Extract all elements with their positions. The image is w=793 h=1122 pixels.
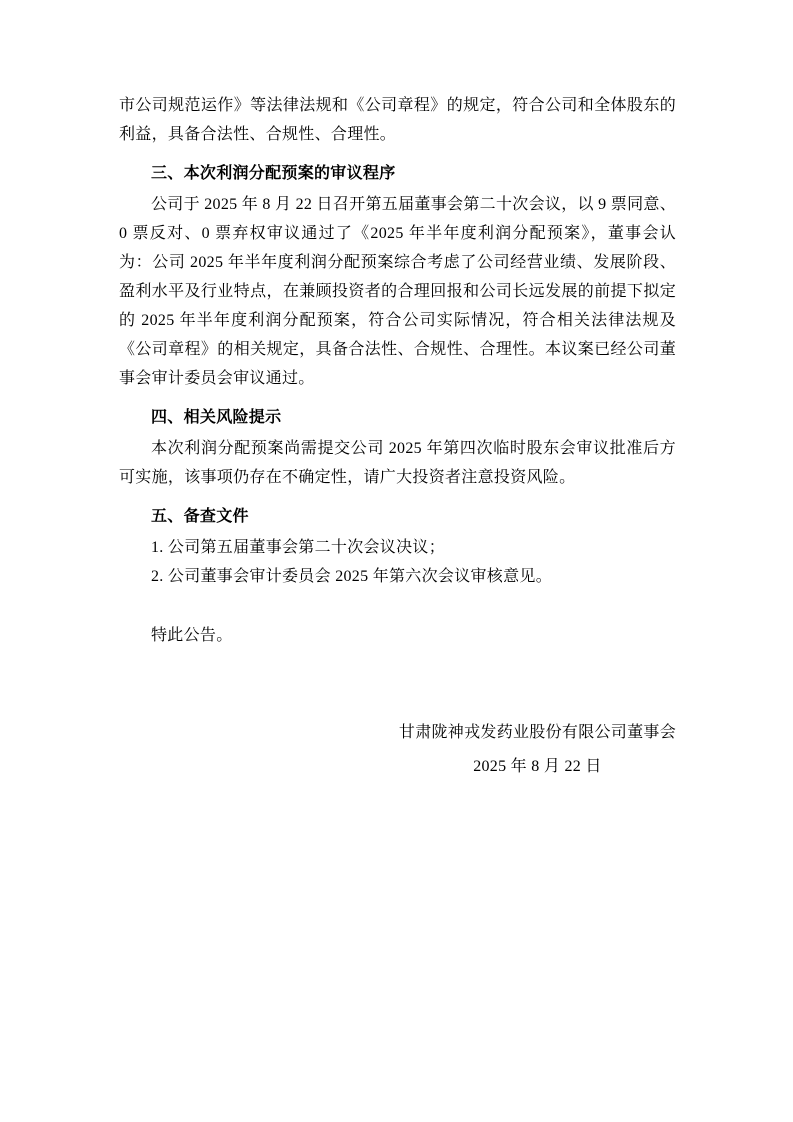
closing-statement: 特此公告。	[119, 621, 676, 650]
paragraph-review-procedure: 公司于 2025 年 8 月 22 日召开第五届董事会第二十次会议，以 9 票同…	[119, 190, 676, 393]
signature-date: 2025 年 8 月 22 日	[399, 752, 676, 781]
section-heading-review-procedure: 三、本次利润分配预案的审议程序	[119, 159, 676, 188]
reference-document-item-2: 2. 公司董事会审计委员会 2025 年第六次会议审核意见。	[119, 562, 676, 591]
paragraph-risk-notice: 本次利润分配预案尚需提交公司 2025 年第四次临时股东会审议批准后方可实施，该…	[119, 434, 676, 492]
signature-block: 甘肃陇神戎发药业股份有限公司董事会 2025 年 8 月 22 日	[119, 718, 676, 781]
signature-company-name: 甘肃陇神戎发药业股份有限公司董事会	[399, 718, 676, 747]
section-heading-risk-notice: 四、相关风险提示	[119, 403, 676, 432]
paragraph-continuation: 市公司规范运作》等法律法规和《公司章程》的规定，符合公司和全体股东的利益，具备合…	[119, 91, 676, 149]
document-page: 市公司规范运作》等法律法规和《公司章程》的规定，符合公司和全体股东的利益，具备合…	[0, 0, 793, 1122]
section-heading-reference-documents: 五、备查文件	[119, 502, 676, 531]
signature-inner: 甘肃陇神戎发药业股份有限公司董事会 2025 年 8 月 22 日	[399, 718, 676, 781]
reference-document-item-1: 1. 公司第五届董事会第二十次会议决议；	[119, 533, 676, 562]
